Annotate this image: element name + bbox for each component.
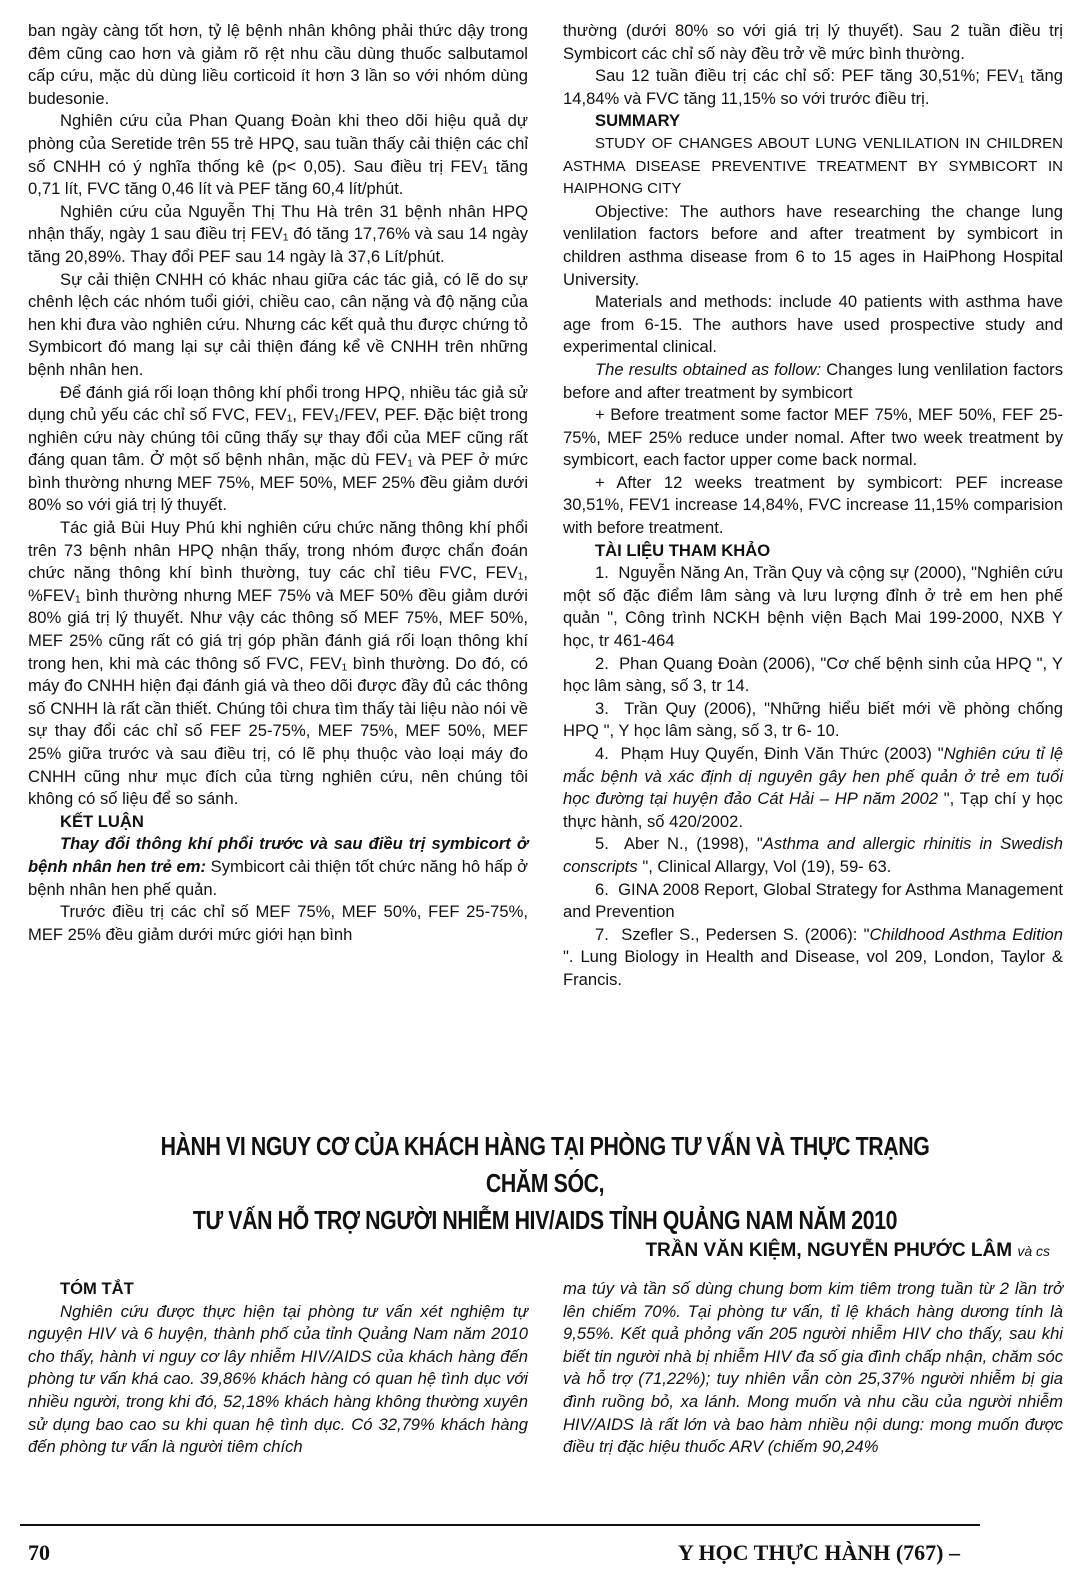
author-names: TRẦN VĂN KIỆM, NGUYỄN PHƯỚC LÂM xyxy=(645,1240,1012,1261)
reference-number: 3. xyxy=(595,699,609,718)
reference-number: 4. xyxy=(595,744,609,763)
results-lead: The results obtained as follow: xyxy=(595,360,821,379)
reference-item: 3. Trần Quy (2006), "Những hiểu biết mới… xyxy=(563,698,1063,743)
author-suffix: và cs xyxy=(1017,1243,1050,1259)
article-title-line-2: TƯ VẤN HỖ TRỢ NGƯỜI NHIỄM HIV/AIDS TỈNH … xyxy=(131,1202,959,1239)
section-heading-references: TÀI LIỆU THAM KHẢO xyxy=(563,540,1063,563)
reference-number: 2. xyxy=(595,654,609,673)
section-heading-conclusion: KẾT LUẬN xyxy=(28,811,528,834)
paragraph: Nghiên cứu của Nguyễn Thị Thu Hà trên 31… xyxy=(28,201,528,269)
reference-text: GINA 2008 Report, Global Strategy for As… xyxy=(563,880,1063,922)
abstract-paragraph-continued: ma túy và tần số dùng chung bơm kim tiêm… xyxy=(563,1278,1063,1459)
upper-article-left-column: ban ngày càng tốt hơn, tỷ lệ bệnh nhân k… xyxy=(28,20,528,946)
paragraph: Materials and methods: include 40 patien… xyxy=(563,291,1063,359)
reference-item: 2. Phan Quang Đoàn (2006), "Cơ chế bệnh … xyxy=(563,653,1063,698)
reference-text: Szefler S., Pedersen S. (2006): " xyxy=(621,925,869,944)
article-title-line-1: HÀNH VI NGUY CƠ CỦA KHÁCH HÀNG TẠI PHÒNG… xyxy=(131,1128,959,1202)
reference-number: 1. xyxy=(595,563,609,582)
paragraph-results: The results obtained as follow: Changes … xyxy=(563,359,1063,404)
reference-number: 6. xyxy=(595,880,609,899)
reference-source: ", Clinical Allargy, Vol (19), 59- 63. xyxy=(642,857,891,876)
reference-item: 5. Aber N., (1998), "Asthma and allergic… xyxy=(563,833,1063,878)
paragraph: Tác giả Bùi Huy Phú khi nghiên cứu chức … xyxy=(28,517,528,811)
paragraph: Để đánh giá rối loạn thông khí phổi tron… xyxy=(28,382,528,518)
abstract-paragraph: Nghiên cứu được thực hiện tại phòng tư v… xyxy=(28,1301,528,1459)
lower-article-right-column: ma túy và tần số dùng chung bơm kim tiêm… xyxy=(563,1278,1063,1459)
reference-text: Nguyễn Năng An, Trần Quy và cộng sự (200… xyxy=(563,563,1063,650)
reference-title: Childhood Asthma Edition xyxy=(869,925,1063,944)
footer-divider xyxy=(20,1524,980,1526)
summary-title: STUDY OF CHANGES ABOUT LUNG VENLILATION … xyxy=(563,133,1063,201)
reference-number: 5. xyxy=(595,834,609,853)
page-number: 70 xyxy=(28,1540,50,1566)
paragraph: Sự cải thiện CNHH có khác nhau giữa các … xyxy=(28,269,528,382)
paragraph: ban ngày càng tốt hơn, tỷ lệ bệnh nhân k… xyxy=(28,20,528,110)
article-authors: TRẦN VĂN KIỆM, NGUYỄN PHƯỚC LÂM và cs xyxy=(645,1240,1050,1262)
paragraph-conclusion: Thay đổi thông khí phổi trước và sau điề… xyxy=(28,833,528,901)
upper-article-right-column: thường (dưới 80% so với giá trị lý thuyế… xyxy=(563,20,1063,992)
paragraph: Trước điều trị các chỉ số MEF 75%, MEF 5… xyxy=(28,901,528,946)
reference-number: 7. xyxy=(595,925,609,944)
reference-text: Phạm Huy Quyến, Đinh Văn Thức (2003) " xyxy=(621,744,944,763)
reference-item: 4. Phạm Huy Quyến, Đinh Văn Thức (2003) … xyxy=(563,743,1063,833)
reference-item: 7. Szefler S., Pedersen S. (2006): "Chil… xyxy=(563,924,1063,992)
reference-text: Trần Quy (2006), "Những hiểu biết mới về… xyxy=(563,699,1063,741)
reference-text: Phan Quang Đoàn (2006), "Cơ chế bệnh sin… xyxy=(563,654,1063,696)
reference-text: Aber N., (1998), " xyxy=(624,834,763,853)
article-title: HÀNH VI NGUY CƠ CỦA KHÁCH HÀNG TẠI PHÒNG… xyxy=(131,1128,959,1239)
paragraph: Nghiên cứu của Phan Quang Đoàn khi theo … xyxy=(28,110,528,200)
paragraph: thường (dưới 80% so với giá trị lý thuyế… xyxy=(563,20,1063,65)
lower-article-left-column: TÓM TẮT Nghiên cứu được thực hiện tại ph… xyxy=(28,1256,528,1459)
paragraph: + After 12 weeks treatment by symbicort:… xyxy=(563,472,1063,540)
paragraph: Objective: The authors have researching … xyxy=(563,201,1063,291)
reference-source: ". Lung Biology in Health and Disease, v… xyxy=(563,947,1063,989)
reference-item: 6. GINA 2008 Report, Global Strategy for… xyxy=(563,879,1063,924)
reference-item: 1. Nguyễn Năng An, Trần Quy và cộng sự (… xyxy=(563,562,1063,652)
section-heading-summary: SUMMARY xyxy=(563,110,1063,133)
paragraph: + Before treatment some factor MEF 75%, … xyxy=(563,404,1063,472)
journal-name: Y HỌC THỰC HÀNH (767) – xyxy=(678,1540,960,1566)
paragraph: Sau 12 tuần điều trị các chỉ số: PEF tăn… xyxy=(563,65,1063,110)
reference-list: 1. Nguyễn Năng An, Trần Quy và cộng sự (… xyxy=(563,562,1063,991)
section-heading-abstract: TÓM TẮT xyxy=(28,1278,528,1301)
